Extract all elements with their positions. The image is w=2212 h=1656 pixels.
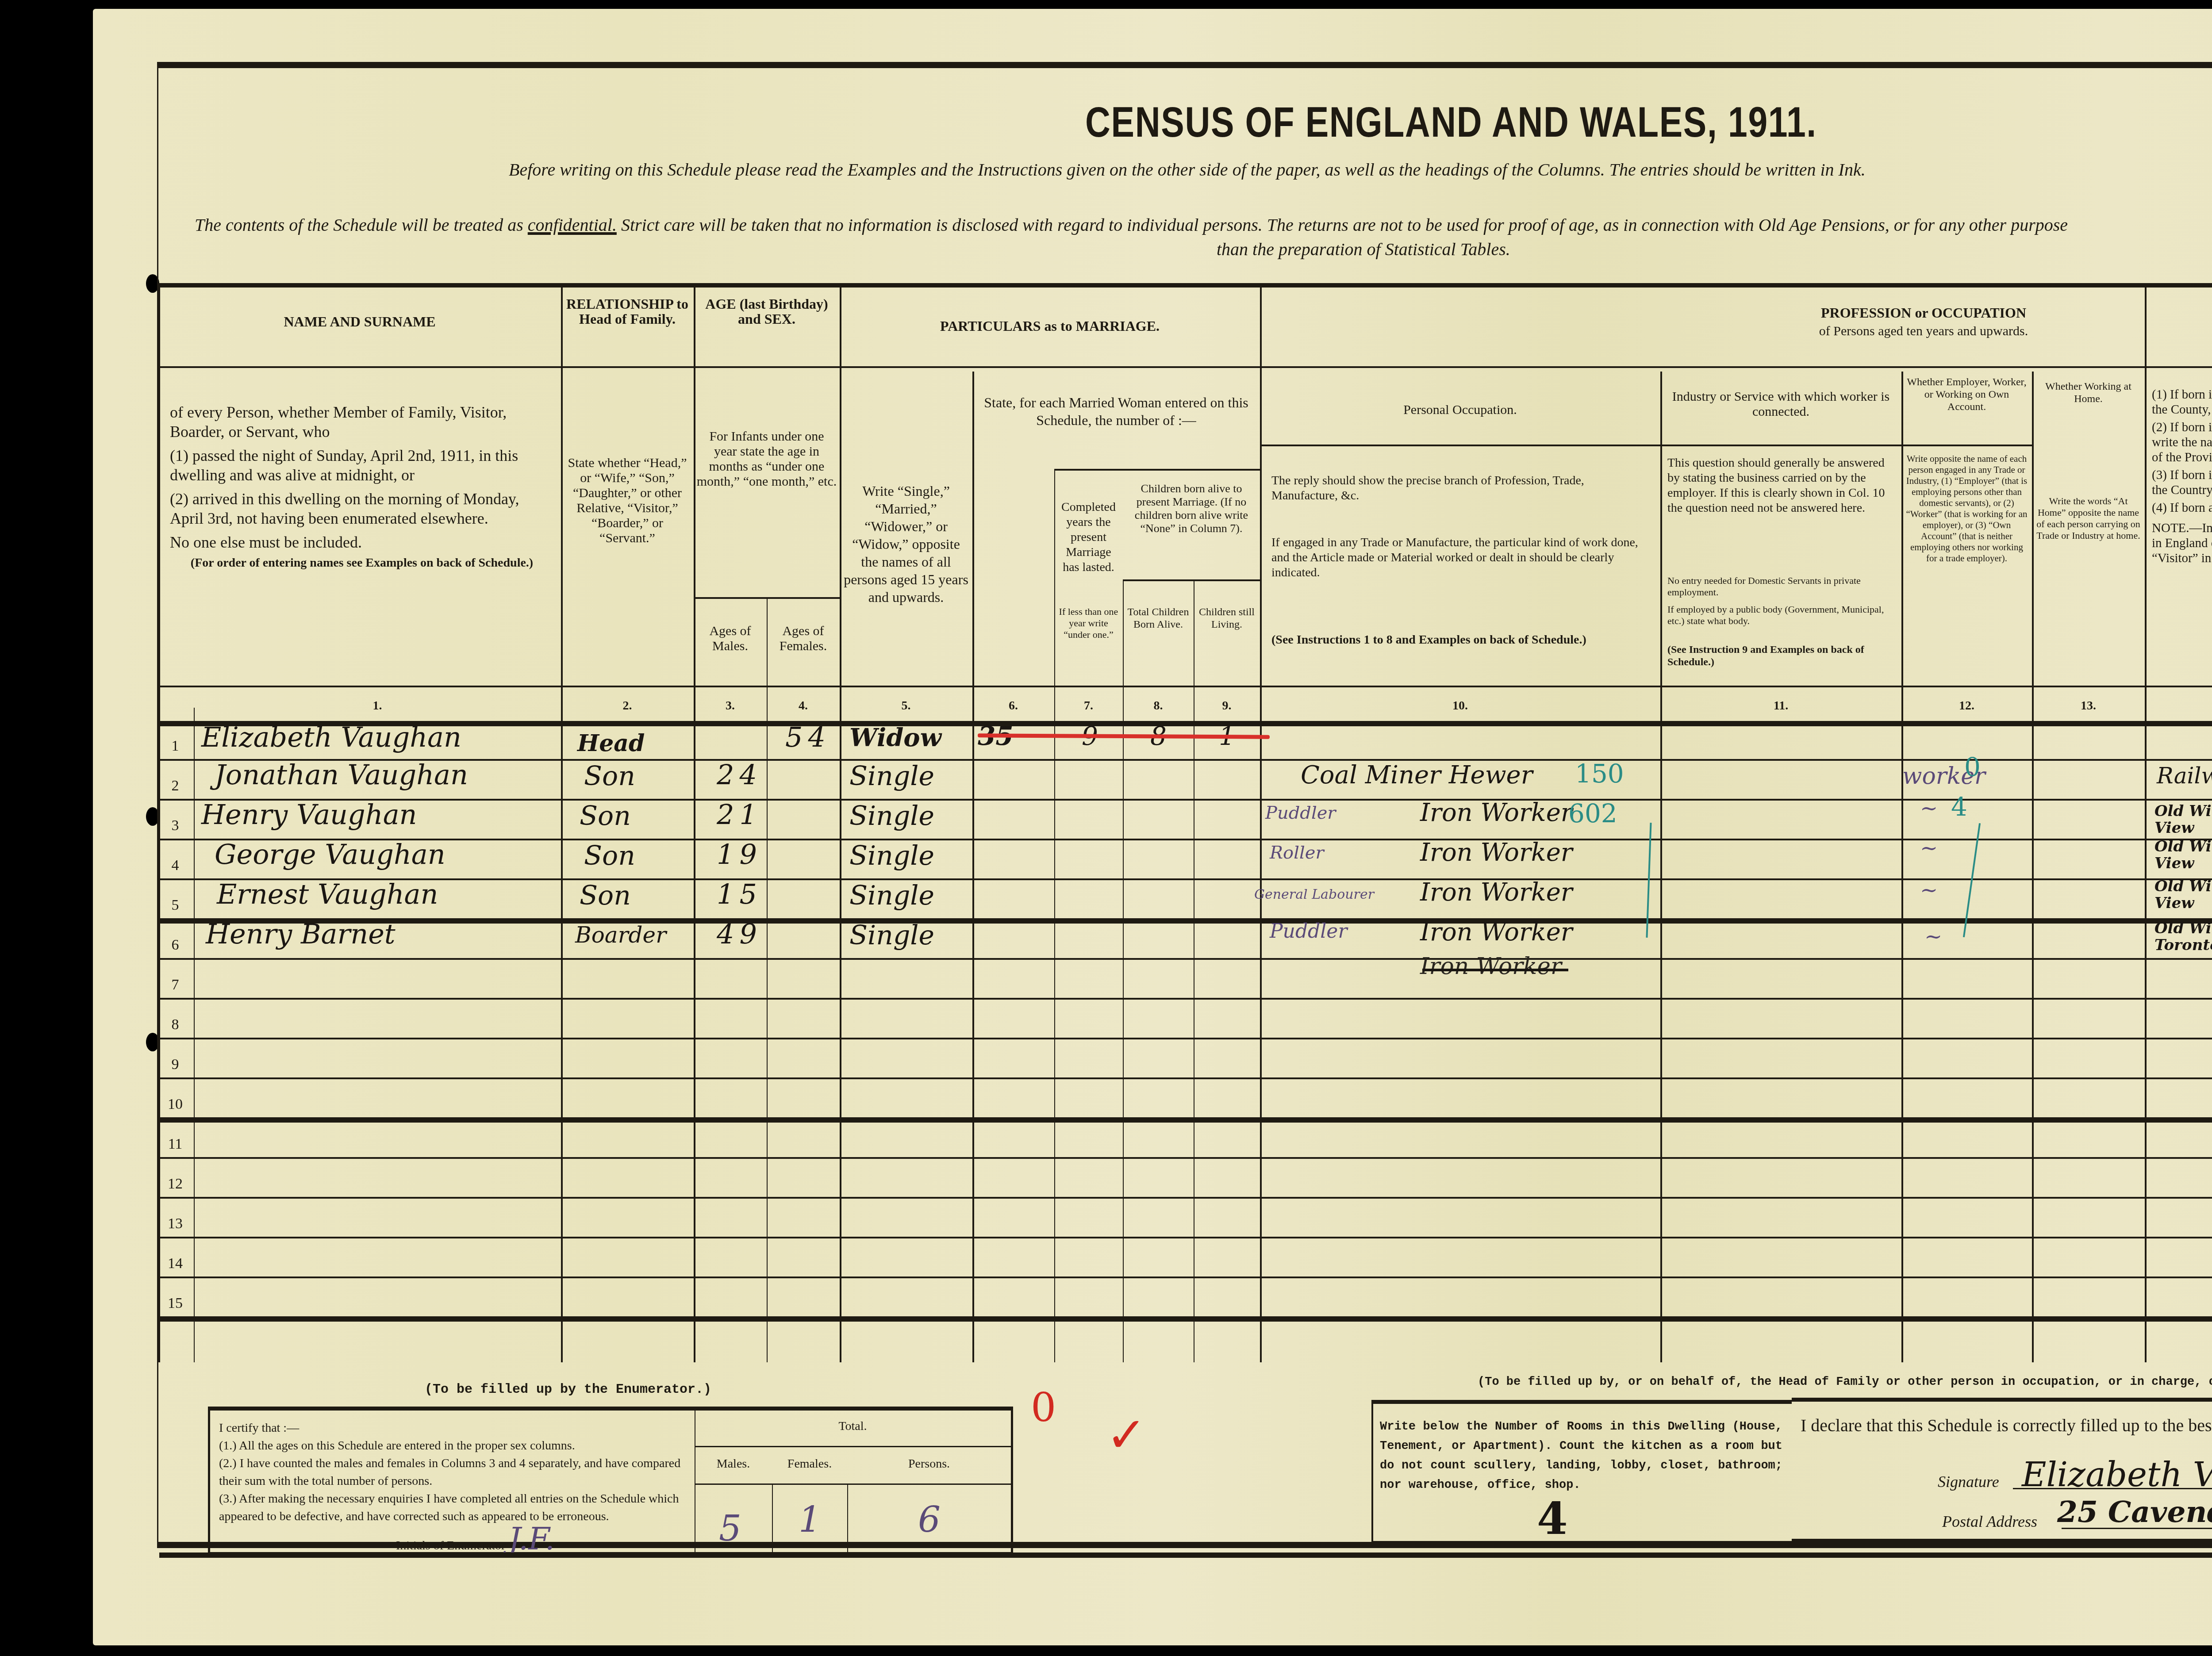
red-check-zero: 0 — [1031, 1384, 1056, 1431]
row-number: 7 — [162, 977, 188, 993]
entry-name[interactable]: Henry Vaughan — [201, 798, 417, 831]
entry-birthplace[interactable]: Old Wittington / Railway View — [2154, 878, 2212, 912]
header-industry: Industry or Service with which worker is… — [1660, 389, 1901, 419]
header-name-body: of every Person, whether Member of Famil… — [167, 402, 557, 571]
row-number: 4 — [162, 857, 188, 874]
certification-text: I certify that :— (1.) All the ages on t… — [219, 1419, 688, 1555]
header-personal-body-3: (See Instructions 1 to 8 and Examples on… — [1269, 632, 1654, 648]
declaration-box: I declare that this Schedule is correctl… — [1792, 1398, 2212, 1544]
header-personal-body-1: The reply should show the precise branch… — [1269, 473, 1654, 503]
strike-through — [1422, 969, 1568, 971]
row-number: 3 — [162, 817, 188, 834]
signature[interactable]: Elizabeth Vaughan — [2022, 1455, 2212, 1494]
header-name: NAME AND SURNAME — [158, 314, 561, 329]
column-number: 13. — [2032, 699, 2145, 713]
entry-marital[interactable]: Single — [849, 840, 934, 871]
confidentiality-notice-end: than the preparation of Statistical Tabl… — [1217, 239, 1510, 260]
occupation-annotation: Puddler — [1265, 803, 1336, 823]
persons-label: Persons. — [847, 1457, 1011, 1471]
entry-occupation[interactable]: Iron Worker — [1420, 918, 1573, 947]
header-personal-occupation: Personal Occupation. — [1260, 402, 1660, 418]
total-persons[interactable]: 6 — [918, 1499, 941, 1540]
row-number: 11 — [162, 1136, 188, 1153]
entry-marital[interactable]: Single — [849, 880, 934, 911]
entry-occupation[interactable]: Iron Worker — [1420, 798, 1573, 827]
header-birthplace-body: (1) If born in the United Kingdom, write… — [2149, 387, 2212, 566]
row-divider — [158, 958, 2212, 960]
column-number: 1. — [194, 699, 561, 713]
entry-name[interactable]: George Vaughan — [215, 838, 445, 870]
declaration-text: I declare that this Schedule is correctl… — [1801, 1415, 2212, 1436]
entry-relationship[interactable]: Son — [580, 801, 631, 832]
entry-age-female[interactable]: 54 — [785, 721, 831, 753]
column-number: 3. — [694, 699, 767, 713]
header-at-home: Whether Working at Home. — [2032, 380, 2145, 405]
header-birthplace-subtitle: of every person. — [2145, 326, 2212, 341]
row-divider — [158, 998, 2212, 1000]
column-number: 11. — [1660, 699, 1901, 713]
header-children: Children born alive to present Marriage.… — [1123, 482, 1260, 535]
row-divider — [158, 1077, 2212, 1079]
bottom-rule — [159, 1552, 2212, 1558]
row-number: 14 — [162, 1255, 188, 1272]
males-label: Males. — [695, 1457, 772, 1471]
document-title: CENSUS OF ENGLAND AND WALES, 1911. — [1034, 98, 1868, 147]
entry-birthplace[interactable]: Old Wittington / Railway View — [2154, 803, 2212, 836]
entry-name[interactable]: Jonathan Vaughan — [215, 759, 468, 791]
females-label: Females. — [772, 1457, 847, 1471]
row-number: 6 — [162, 937, 188, 954]
entry-marital[interactable]: Single — [849, 801, 934, 832]
entry-employer-status[interactable]: ~ — [1924, 924, 1942, 949]
postal-address-label: Postal Address — [1942, 1512, 2037, 1531]
row-divider — [158, 1237, 2212, 1238]
entry-occupation[interactable]: Iron Worker — [1420, 878, 1573, 907]
column-number: 12. — [1901, 699, 2032, 713]
row-divider — [158, 878, 2212, 880]
header-industry-body-1: This question should generally be answer… — [1665, 456, 1897, 516]
column-number: 7. — [1054, 699, 1123, 713]
row-divider — [158, 1316, 2212, 1322]
entry-marital[interactable]: Single — [849, 761, 934, 792]
header-birthplace: BIRTHPLACE — [2145, 310, 2212, 325]
entry-employer-status[interactable]: ~ — [1920, 836, 1938, 861]
postal-address-line-1[interactable]: 25 Cavendish Square Newbold — [2057, 1495, 2212, 1529]
entry-employer-status[interactable]: ~ — [1920, 796, 1938, 821]
header-at-home-body: Write the words “At Home” opposite the n… — [2032, 495, 2145, 541]
entry-age-male[interactable]: 24 — [717, 759, 762, 791]
header-occupation-subtitle: of Persons aged ten years and upwards. — [1260, 324, 2212, 339]
total-males[interactable]: 5 — [719, 1508, 741, 1549]
header-relationship-body: State whether “Head,” or “Wife,” “Son,” … — [561, 456, 694, 546]
header-industry-body-3: If employed by a public body (Government… — [1665, 604, 1897, 627]
entry-marital[interactable]: Widow — [849, 723, 941, 752]
rooms-count[interactable]: 4 — [1537, 1492, 1568, 1545]
employer-code: 0 — [1964, 752, 1981, 782]
column-number: 2. — [561, 699, 694, 713]
red-check-tick: ✓ — [1106, 1407, 1147, 1463]
head-section-title: (To be filled up by, or on behalf of, th… — [1478, 1376, 2212, 1389]
row-number: 9 — [162, 1056, 188, 1073]
entry-birthplace[interactable]: Old Wittington / Canada Toronto — [2154, 920, 2212, 954]
entry-name[interactable]: Henry Barnet — [206, 918, 396, 950]
row-divider — [158, 1197, 2212, 1199]
entry-relationship[interactable]: Boarder — [575, 922, 666, 948]
entry-name[interactable]: Elizabeth Vaughan — [201, 721, 461, 753]
occupation-annotation: General Labourer — [1254, 887, 1374, 902]
row-divider — [158, 1276, 2212, 1278]
entry-employer-status[interactable]: ~ — [1920, 878, 1938, 903]
entry-name[interactable]: Ernest Vaughan — [217, 878, 438, 910]
entry-age-male[interactable]: 19 — [717, 838, 762, 870]
header-employer: Whether Employer, Worker, or Working on … — [1901, 376, 2032, 413]
header-relationship: RELATIONSHIP to Head of Family. — [561, 296, 694, 326]
row-number: 13 — [162, 1215, 188, 1232]
enumerator-initials[interactable]: J.F. — [508, 1521, 555, 1557]
enumerator-section-title: (To be filled up by the Enumerator.) — [425, 1382, 711, 1397]
occupation-code: 150 — [1575, 759, 1624, 789]
intro-instructions: Before writing on this Schedule please r… — [509, 159, 1866, 180]
header-age: AGE (last Birthday) and SEX. — [694, 296, 840, 326]
enumerator-certification-box: I certify that :— (1.) All the ages on t… — [208, 1407, 1013, 1557]
header-married-woman: State, for each Married Woman entered on… — [972, 394, 1260, 429]
row-number: 1 — [162, 738, 188, 755]
column-number: 10. — [1260, 699, 1660, 713]
total-females[interactable]: 1 — [799, 1499, 821, 1540]
row-divider — [158, 1157, 2212, 1159]
rooms-box: Write below the Number of Rooms in this … — [1371, 1400, 1792, 1546]
column-number: 14. — [2145, 699, 2212, 713]
confidentiality-notice: The contents of the Schedule will be tre… — [195, 215, 2068, 235]
header-employer-body: Write opposite the name of each person e… — [1901, 453, 2032, 564]
column-number: 5. — [840, 699, 972, 713]
initials-label: Initials of Enumerator — [396, 1539, 505, 1552]
header-industry-body-4: (See Instruction 9 and Examples on back … — [1665, 644, 1897, 668]
row-divider — [158, 918, 2212, 924]
employer-code: 4 — [1951, 792, 1967, 822]
row-number: 15 — [162, 1295, 188, 1312]
occupation-annotation: Puddler — [1270, 920, 1347, 943]
header-years-note: If less than one year write “under one.” — [1054, 606, 1123, 640]
column-number: 8. — [1123, 699, 1194, 713]
entry-birthplace[interactable]: Old Wittington / Railway View — [2154, 838, 2212, 872]
entry-relationship[interactable]: Son — [584, 840, 635, 871]
header-years-married: Completed years the present Marriage has… — [1054, 500, 1123, 575]
entry-birthplace[interactable]: Railway View — [2157, 763, 2212, 789]
total-label: Total. — [695, 1419, 1011, 1434]
column-number: 9. — [1194, 699, 1260, 713]
row-divider — [158, 1117, 2212, 1123]
entry-relationship[interactable]: Son — [580, 880, 631, 911]
struck-occupation: Iron Worker — [1420, 953, 1562, 980]
entry-age-male[interactable]: 21 — [717, 798, 762, 831]
entry-age-male[interactable]: 15 — [717, 878, 762, 910]
header-age-females: Ages of Females. — [767, 624, 840, 654]
occupation-code: 602 — [1568, 798, 1617, 828]
header-personal-body-2: If engaged in any Trade or Manufacture, … — [1269, 535, 1654, 580]
entry-marital[interactable]: Single — [849, 920, 934, 951]
row-number: 8 — [162, 1016, 188, 1033]
header-occupation: PROFESSION or OCCUPATION — [1260, 305, 2212, 320]
column-number: 4. — [767, 699, 840, 713]
row-number: 12 — [162, 1176, 188, 1192]
rooms-instructions: Write below the Number of Rooms in this … — [1380, 1417, 1782, 1495]
row-divider — [158, 799, 2212, 801]
header-marriage: PARTICULARS as to MARRIAGE. — [840, 318, 1260, 333]
row-number: 5 — [162, 897, 188, 914]
header-industry-body-2: No entry needed for Domestic Servants in… — [1665, 575, 1897, 598]
row-divider — [158, 1038, 2212, 1039]
entry-age-male[interactable]: 49 — [717, 918, 762, 950]
census-table: NAME AND SURNAME of every Person, whethe… — [158, 283, 2212, 1362]
entry-occupation[interactable]: Coal Miner Hewer — [1301, 761, 1533, 790]
header-age-body: For Infants under one year state the age… — [694, 429, 840, 489]
entry-relationship[interactable]: Son — [584, 761, 635, 792]
row-number: 2 — [162, 778, 188, 794]
header-children-living: Children still Living. — [1194, 606, 1260, 631]
header-marital-status: Write “Single,” “Married,” “Widower,” or… — [840, 482, 972, 606]
entry-relationship[interactable]: Head — [577, 730, 645, 757]
row-number: 10 — [162, 1096, 188, 1113]
row-divider — [158, 839, 2212, 840]
column-number: 6. — [972, 699, 1054, 713]
entry-occupation[interactable]: Iron Worker — [1420, 838, 1573, 867]
occupation-annotation: Roller — [1270, 843, 1324, 863]
header-age-males: Ages of Males. — [694, 624, 767, 654]
header-children-total: Total Children Born Alive. — [1123, 606, 1194, 631]
signature-label: Signature — [1938, 1472, 1999, 1491]
